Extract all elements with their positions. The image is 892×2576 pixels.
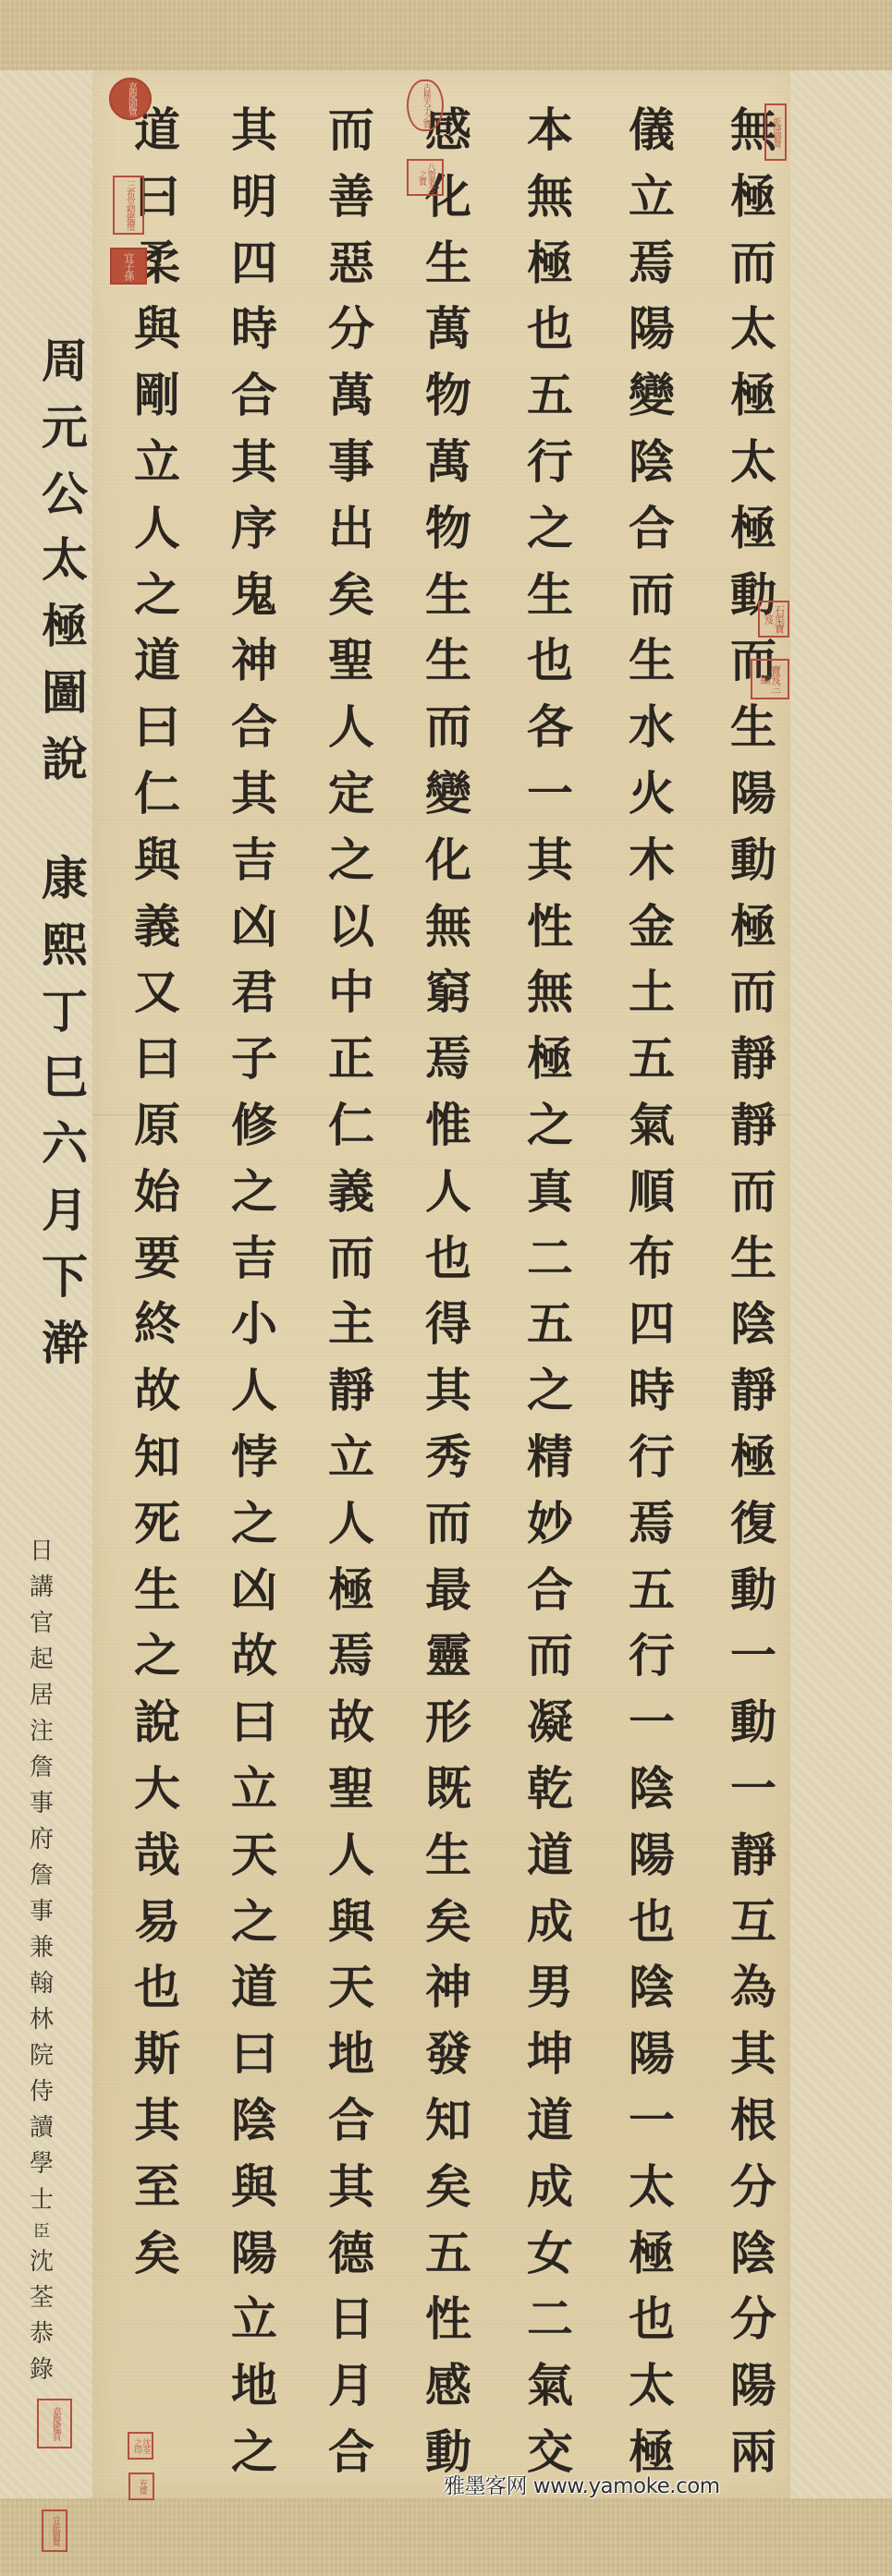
calligraphy-character: 發 <box>425 2031 471 2097</box>
calligraphy-character: 無 <box>527 969 573 1036</box>
calligraphy-character: 極 <box>328 1567 374 1634</box>
calligraphy-character: 五 <box>629 1036 675 1102</box>
calligraphy-character: 曰 <box>134 1036 180 1102</box>
calligraphy-character: 行 <box>629 1434 675 1501</box>
calligraphy-character: 陰 <box>730 2230 776 2297</box>
calligraphy-character: 侍 <box>30 2080 54 2116</box>
calligraphy-character: 曰 <box>231 1699 277 1766</box>
calligraphy-character: 氣 <box>527 2363 573 2429</box>
calligraphy-character: 五 <box>425 2230 471 2297</box>
calligraphy-character: 立 <box>231 2296 277 2363</box>
calligraphy-character: 月 <box>328 2363 374 2429</box>
seal-bottom-left-2: 宣統御覽 <box>42 2509 67 2552</box>
calligraphy-character: 六 <box>42 1121 88 1187</box>
calligraphy-character: 也 <box>134 1964 180 2031</box>
seal-mid-right-2: 寶笈三編 <box>751 659 789 699</box>
calligraphy-character: 澣 <box>42 1320 88 1387</box>
calligraphy-character: 復 <box>730 1501 776 1567</box>
calligraphy-character: 生 <box>730 704 776 771</box>
calligraphy-character: 之 <box>328 837 374 904</box>
calligraphy-character: 其 <box>527 837 573 904</box>
calligraphy-character: 其 <box>231 771 277 837</box>
calligraphy-character: 極 <box>42 603 88 670</box>
calligraphy-character: 靜 <box>730 1036 776 1102</box>
calligraphy-character: 圖 <box>42 670 88 736</box>
site-watermark: 雅墨客网 www.yamoke.com <box>444 2469 720 2499</box>
calligraphy-character: 序 <box>231 505 277 572</box>
calligraphy-character: 定 <box>328 771 374 837</box>
calligraphy-character: 四 <box>231 240 277 307</box>
calligraphy-character: 君 <box>231 969 277 1036</box>
calligraphy-character: 之 <box>231 2429 277 2496</box>
calligraphy-character: 公 <box>42 471 88 538</box>
calligraphy-character: 合 <box>527 1567 573 1634</box>
calligraphy-character: 翰 <box>30 1972 54 2008</box>
seal-bottom-sig-1: 沈荃之印 <box>128 2432 153 2460</box>
calligraphy-character: 生 <box>425 240 471 307</box>
calligraphy-character: 以 <box>328 904 374 970</box>
calligraphy-character: 天 <box>328 1964 374 2031</box>
calligraphy-character: 之 <box>231 1501 277 1567</box>
calligraphy-character: 靜 <box>328 1367 374 1434</box>
calligraphy-character: 也 <box>527 638 573 704</box>
calligraphy-character: 之 <box>527 1367 573 1434</box>
calligraphy-character: 吉 <box>231 1235 277 1302</box>
calligraphy-character: 成 <box>527 1899 573 1965</box>
calligraphy-character: 氣 <box>629 1102 675 1169</box>
calligraphy-character: 恭 <box>30 2322 54 2358</box>
calligraphy-character: 小 <box>231 1301 277 1367</box>
calligraphy-character: 兼 <box>30 1936 54 1972</box>
signature-column: 日講官起居注詹事府詹事兼翰林院侍讀學士臣沈荃恭錄 <box>23 1539 60 2394</box>
calligraphy-character: 焉 <box>629 1501 675 1567</box>
calligraphy-character: 事 <box>328 439 374 505</box>
calligraphy-character: 人 <box>231 1367 277 1434</box>
text-column-1: 無極而太極太極動而生陽動極而靜靜而生陰靜極復動一動一靜互為其根分陰分陽兩 <box>730 107 776 2496</box>
calligraphy-character: 儀 <box>629 107 675 174</box>
calligraphy-character: 陽 <box>629 1832 675 1899</box>
calligraphy-character: 仁 <box>134 771 180 837</box>
calligraphy-character: 精 <box>527 1434 573 1501</box>
calligraphy-character: 其 <box>730 2031 776 2097</box>
calligraphy-character: 鬼 <box>231 572 277 638</box>
calligraphy-character: 正 <box>328 1036 374 1102</box>
title-column: 周元公太極圖說 <box>42 338 88 803</box>
calligraphy-character: 分 <box>328 306 374 372</box>
calligraphy-character: 水 <box>629 704 675 771</box>
calligraphy-character: 之 <box>231 1169 277 1235</box>
calligraphy-character: 始 <box>134 1169 180 1235</box>
calligraphy-character: 坤 <box>527 2031 573 2097</box>
calligraphy-character: 修 <box>231 1102 277 1169</box>
text-column-5: 而善惡分萬事出矣聖人定之以中正仁義而主靜立人極焉故聖人與天地合其德日月合 <box>328 107 374 2496</box>
calligraphy-character: 之 <box>527 1102 573 1169</box>
calligraphy-character: 說 <box>134 1699 180 1766</box>
calligraphy-character: 生 <box>134 1567 180 1634</box>
calligraphy-character: 陽 <box>730 771 776 837</box>
calligraphy-character: 善 <box>328 174 374 240</box>
calligraphy-character: 一 <box>730 1766 776 1832</box>
calligraphy-character: 日 <box>30 1539 54 1575</box>
text-column-6: 其明四時合其序鬼神合其吉凶君子修之吉小人悖之凶故曰立天之道曰陰與陽立地之 <box>231 107 277 2496</box>
seal-left-1: 三希堂精鑑璽 <box>113 176 144 235</box>
calligraphy-character: 起 <box>30 1647 54 1683</box>
calligraphy-character: 一 <box>629 2097 675 2164</box>
calligraphy-character: 物 <box>425 505 471 572</box>
calligraphy-character: 其 <box>231 107 277 174</box>
calligraphy-character: 注 <box>30 1719 54 1756</box>
calligraphy-character: 哉 <box>134 1832 180 1899</box>
text-column-4: 感化生萬物萬物生生而變化無窮焉惟人也得其秀而最靈形既生矣神發知矣五性感動 <box>425 107 471 2496</box>
calligraphy-character: 士 <box>30 2188 54 2224</box>
calligraphy-character: 事 <box>30 1900 54 1936</box>
calligraphy-character: 生 <box>425 572 471 638</box>
calligraphy-character: 本 <box>527 107 573 174</box>
calligraphy-character: 天 <box>231 1832 277 1899</box>
calligraphy-character: 事 <box>30 1792 54 1828</box>
calligraphy-character: 動 <box>730 1567 776 1634</box>
calligraphy-character: 斯 <box>134 2031 180 2097</box>
calligraphy-character: 矣 <box>134 2230 180 2297</box>
calligraphy-character: 既 <box>425 1766 471 1832</box>
calligraphy-character: 極 <box>527 240 573 307</box>
calligraphy-character: 窮 <box>425 969 471 1036</box>
calligraphy-character: 中 <box>328 969 374 1036</box>
calligraphy-character: 德 <box>328 2230 374 2297</box>
calligraphy-character: 人 <box>328 1501 374 1567</box>
calligraphy-character: 各 <box>527 704 573 771</box>
calligraphy-character: 也 <box>629 2296 675 2363</box>
calligraphy-character: 土 <box>629 969 675 1036</box>
calligraphy-character: 男 <box>527 1964 573 2031</box>
calligraphy-character: 詹 <box>30 1756 54 1792</box>
calligraphy-character: 康 <box>42 856 88 922</box>
calligraphy-character: 與 <box>134 306 180 372</box>
calligraphy-character: 聖 <box>328 1766 374 1832</box>
calligraphy-character: 行 <box>629 1633 675 1699</box>
calligraphy-character: 大 <box>134 1766 180 1832</box>
calligraphy-character: 萬 <box>425 306 471 372</box>
calligraphy-character: 物 <box>425 372 471 439</box>
calligraphy-character: 陽 <box>730 2363 776 2429</box>
calligraphy-character: 合 <box>629 505 675 572</box>
calligraphy-character: 曰 <box>134 704 180 771</box>
calligraphy-character: 凝 <box>527 1699 573 1766</box>
calligraphy-character: 性 <box>425 2296 471 2363</box>
calligraphy-character: 太 <box>730 439 776 505</box>
calligraphy-character: 陰 <box>231 2097 277 2164</box>
calligraphy-character: 萬 <box>328 372 374 439</box>
calligraphy-character: 立 <box>328 1434 374 1501</box>
calligraphy-character: 合 <box>231 372 277 439</box>
calligraphy-character: 知 <box>134 1434 180 1501</box>
calligraphy-character: 生 <box>425 1832 471 1899</box>
calligraphy-character: 互 <box>730 1899 776 1965</box>
calligraphy-character: 府 <box>30 1828 54 1864</box>
calligraphy-character: 陰 <box>629 1766 675 1832</box>
calligraphy-character: 居 <box>30 1683 54 1719</box>
calligraphy-character: 明 <box>231 174 277 240</box>
calligraphy-character: 要 <box>134 1235 180 1302</box>
calligraphy-character: 丁 <box>42 989 88 1055</box>
calligraphy-character: 極 <box>730 174 776 240</box>
calligraphy-character: 之 <box>134 572 180 638</box>
calligraphy-character: 靈 <box>425 1633 471 1699</box>
calligraphy-character: 五 <box>629 1567 675 1634</box>
calligraphy-character: 二 <box>527 2296 573 2363</box>
calligraphy-character: 故 <box>134 1367 180 1434</box>
calligraphy-character: 焉 <box>328 1633 374 1699</box>
calligraphy-character: 詹 <box>30 1864 54 1900</box>
calligraphy-character: 與 <box>134 837 180 904</box>
calligraphy-character: 而 <box>425 1501 471 1567</box>
calligraphy-character: 合 <box>328 2097 374 2164</box>
calligraphy-character: 其 <box>231 439 277 505</box>
calligraphy-character: 日 <box>328 2296 374 2363</box>
calligraphy-character: 形 <box>425 1699 471 1766</box>
calligraphy-character: 之 <box>134 1633 180 1699</box>
calligraphy-character: 悖 <box>231 1434 277 1501</box>
calligraphy-character: 凶 <box>231 904 277 970</box>
text-column-2: 儀立焉陽變陰合而生水火木金土五氣順布四時行焉五行一陰陽也陰陽一太極也太極 <box>629 107 675 2496</box>
calligraphy-character: 乾 <box>527 1766 573 1832</box>
calligraphy-character: 義 <box>328 1169 374 1235</box>
calligraphy-character: 二 <box>527 1235 573 1302</box>
calligraphy-character: 一 <box>629 1699 675 1766</box>
calligraphy-character: 地 <box>328 2031 374 2097</box>
calligraphy-character: 與 <box>231 2164 277 2230</box>
calligraphy-character: 極 <box>730 904 776 970</box>
calligraphy-character: 一 <box>527 771 573 837</box>
calligraphy-character: 矣 <box>425 1899 471 1965</box>
text-column-3: 本無極也五行之生也各一其性無極之真二五之精妙合而凝乾道成男坤道成女二氣交 <box>527 107 573 2496</box>
calligraphy-character: 萬 <box>425 439 471 505</box>
calligraphy-character: 陽 <box>629 2031 675 2097</box>
calligraphy-character: 熙 <box>42 922 88 989</box>
calligraphy-character: 陰 <box>629 439 675 505</box>
calligraphy-character: 女 <box>527 2230 573 2297</box>
calligraphy-character: 死 <box>134 1501 180 1567</box>
calligraphy-character: 沈 <box>30 2250 54 2286</box>
calligraphy-character: 立 <box>231 1766 277 1832</box>
seal-bottom-left-1: 嘉慶鑑賞 <box>37 2399 72 2448</box>
calligraphy-character: 五 <box>527 1301 573 1367</box>
calligraphy-character: 曰 <box>231 2031 277 2097</box>
seal-top-right: 乾隆御覽 <box>764 103 787 161</box>
calligraphy-character: 神 <box>425 1964 471 2031</box>
calligraphy-character: 而 <box>730 240 776 307</box>
calligraphy-character: 仁 <box>328 1102 374 1169</box>
calligraphy-character: 月 <box>42 1187 88 1254</box>
calligraphy-character: 剛 <box>134 372 180 439</box>
calligraphy-character: 極 <box>527 1036 573 1102</box>
calligraphy-character: 四 <box>629 1301 675 1367</box>
calligraphy-character: 地 <box>231 2363 277 2429</box>
calligraphy-character: 極 <box>730 1434 776 1501</box>
calligraphy-character: 為 <box>730 1964 776 2031</box>
calligraphy-character: 感 <box>425 2363 471 2429</box>
calligraphy-character: 木 <box>629 837 675 904</box>
calligraphy-character: 化 <box>425 837 471 904</box>
calligraphy-character: 時 <box>629 1367 675 1434</box>
calligraphy-character: 靜 <box>730 1367 776 1434</box>
calligraphy-character: 院 <box>30 2044 54 2080</box>
calligraphy-character: 太 <box>42 537 88 603</box>
calligraphy-character: 而 <box>328 107 374 174</box>
calligraphy-character: 下 <box>42 1254 88 1320</box>
calligraphy-character: 時 <box>231 306 277 372</box>
calligraphy-character: 道 <box>527 2097 573 2164</box>
calligraphy-character: 而 <box>527 1633 573 1699</box>
calligraphy-character: 火 <box>629 771 675 837</box>
calligraphy-character: 生 <box>730 1235 776 1302</box>
calligraphy-character: 一 <box>730 1633 776 1699</box>
calligraphy-character: 無 <box>425 904 471 970</box>
calligraphy-character: 布 <box>629 1235 675 1302</box>
calligraphy-character: 林 <box>30 2008 54 2044</box>
calligraphy-character: 惟 <box>425 1102 471 1169</box>
calligraphy-character: 又 <box>134 969 180 1036</box>
calligraphy-character: 合 <box>328 2429 374 2496</box>
calligraphy-character: 主 <box>328 1301 374 1367</box>
calligraphy-character: 分 <box>730 2164 776 2230</box>
calligraphy-character: 無 <box>527 174 573 240</box>
calligraphy-character: 故 <box>231 1633 277 1699</box>
calligraphy-character: 而 <box>425 704 471 771</box>
calligraphy-character: 易 <box>134 1899 180 1965</box>
calligraphy-character: 最 <box>425 1567 471 1634</box>
calligraphy-character: 原 <box>134 1102 180 1169</box>
calligraphy-character: 臣 <box>33 2224 50 2250</box>
calligraphy-character: 分 <box>730 2296 776 2363</box>
calligraphy-character: 生 <box>425 638 471 704</box>
calligraphy-character: 而 <box>730 1169 776 1235</box>
calligraphy-character: 生 <box>527 572 573 638</box>
calligraphy-character: 說 <box>42 736 88 803</box>
calligraphy-character: 真 <box>527 1169 573 1235</box>
calligraphy-character: 人 <box>134 505 180 572</box>
calligraphy-character: 極 <box>730 372 776 439</box>
calligraphy-character: 其 <box>328 2164 374 2230</box>
calligraphy-character: 元 <box>42 405 88 471</box>
calligraphy-character: 其 <box>134 2097 180 2164</box>
calligraphy-character: 之 <box>231 1899 277 1965</box>
calligraphy-character: 秀 <box>425 1434 471 1501</box>
calligraphy-character: 矣 <box>425 2164 471 2230</box>
calligraphy-character: 之 <box>527 505 573 572</box>
calligraphy-character: 變 <box>629 372 675 439</box>
calligraphy-character: 子 <box>231 1036 277 1102</box>
calligraphy-character: 荃 <box>30 2286 54 2322</box>
calligraphy-character: 神 <box>231 638 277 704</box>
calligraphy-character: 靜 <box>730 1832 776 1899</box>
calligraphy-character: 合 <box>231 704 277 771</box>
date-column: 康熙丁巳六月下澣 <box>42 856 88 1386</box>
calligraphy-character: 極 <box>629 2230 675 2297</box>
calligraphy-character: 變 <box>425 771 471 837</box>
calligraphy-character: 讀 <box>30 2116 54 2152</box>
calligraphy-character: 聖 <box>328 638 374 704</box>
calligraphy-character: 人 <box>328 1832 374 1899</box>
calligraphy-character: 金 <box>629 904 675 970</box>
calligraphy-character: 立 <box>134 439 180 505</box>
calligraphy-paper: 無極而太極太極動而生陽動極而靜靜而生陰靜極復動一動一靜互為其根分陰分陽兩 儀立焉… <box>92 70 790 2498</box>
calligraphy-character: 得 <box>425 1301 471 1367</box>
calligraphy-character: 錄 <box>30 2358 54 2394</box>
calligraphy-character: 行 <box>527 439 573 505</box>
seal-mid-right-1: 石渠寶笈 <box>758 601 789 638</box>
seal-left-2: 宜子孫 <box>110 248 147 285</box>
calligraphy-character: 也 <box>527 306 573 372</box>
calligraphy-character: 故 <box>328 1699 374 1766</box>
seal-bottom-sig-2: 充齋 <box>128 2473 154 2500</box>
calligraphy-character: 與 <box>328 1899 374 1965</box>
calligraphy-character: 也 <box>425 1235 471 1302</box>
calligraphy-character: 人 <box>425 1169 471 1235</box>
calligraphy-character: 講 <box>30 1575 54 1611</box>
calligraphy-character: 立 <box>629 174 675 240</box>
calligraphy-character: 太 <box>629 2164 675 2230</box>
calligraphy-character: 而 <box>629 572 675 638</box>
calligraphy-character: 動 <box>730 837 776 904</box>
seal-top-left-round: 嘉慶御覽 <box>109 78 152 120</box>
calligraphy-character: 根 <box>730 2097 776 2164</box>
calligraphy-character: 陽 <box>629 306 675 372</box>
calligraphy-character: 學 <box>30 2152 54 2188</box>
calligraphy-character: 官 <box>30 1611 54 1647</box>
calligraphy-character: 妙 <box>527 1501 573 1567</box>
seal-top-center-oval: 古稀天子之寶 <box>407 79 444 131</box>
calligraphy-character: 陰 <box>730 1301 776 1367</box>
seal-top-center-square: 八徵耄念之寶 <box>407 159 444 196</box>
calligraphy-character: 順 <box>629 1169 675 1235</box>
calligraphy-character: 而 <box>730 969 776 1036</box>
calligraphy-character: 終 <box>134 1301 180 1367</box>
calligraphy-character: 義 <box>134 904 180 970</box>
right-border-panel <box>790 70 892 2498</box>
calligraphy-character: 兩 <box>730 2429 776 2496</box>
calligraphy-character: 太 <box>629 2363 675 2429</box>
calligraphy-character: 道 <box>134 638 180 704</box>
calligraphy-character: 矣 <box>328 572 374 638</box>
calligraphy-character: 道 <box>527 1832 573 1899</box>
calligraphy-character: 動 <box>730 1699 776 1766</box>
calligraphy-character: 出 <box>328 505 374 572</box>
calligraphy-character: 知 <box>425 2097 471 2164</box>
calligraphy-character: 惡 <box>328 240 374 307</box>
calligraphy-character: 靜 <box>730 1102 776 1169</box>
calligraphy-character: 陽 <box>231 2230 277 2297</box>
calligraphy-character: 周 <box>42 338 88 405</box>
calligraphy-character: 巳 <box>42 1054 88 1121</box>
calligraphy-character: 五 <box>527 372 573 439</box>
calligraphy-character: 也 <box>629 1899 675 1965</box>
calligraphy-character: 吉 <box>231 837 277 904</box>
calligraphy-character: 焉 <box>425 1036 471 1102</box>
calligraphy-character: 太 <box>730 306 776 372</box>
calligraphy-character: 成 <box>527 2164 573 2230</box>
calligraphy-character: 而 <box>328 1235 374 1302</box>
calligraphy-character: 人 <box>328 704 374 771</box>
calligraphy-character: 性 <box>527 904 573 970</box>
calligraphy-character: 道 <box>231 1964 277 2031</box>
calligraphy-character: 至 <box>134 2164 180 2230</box>
text-column-7: 道曰柔與剛立人之道曰仁與義又曰原始要終故知死生之說大哉易也斯其至矣 <box>134 107 180 2296</box>
calligraphy-character: 生 <box>629 638 675 704</box>
calligraphy-character: 焉 <box>629 240 675 307</box>
calligraphy-character: 陰 <box>629 1964 675 2031</box>
calligraphy-character: 極 <box>730 505 776 572</box>
